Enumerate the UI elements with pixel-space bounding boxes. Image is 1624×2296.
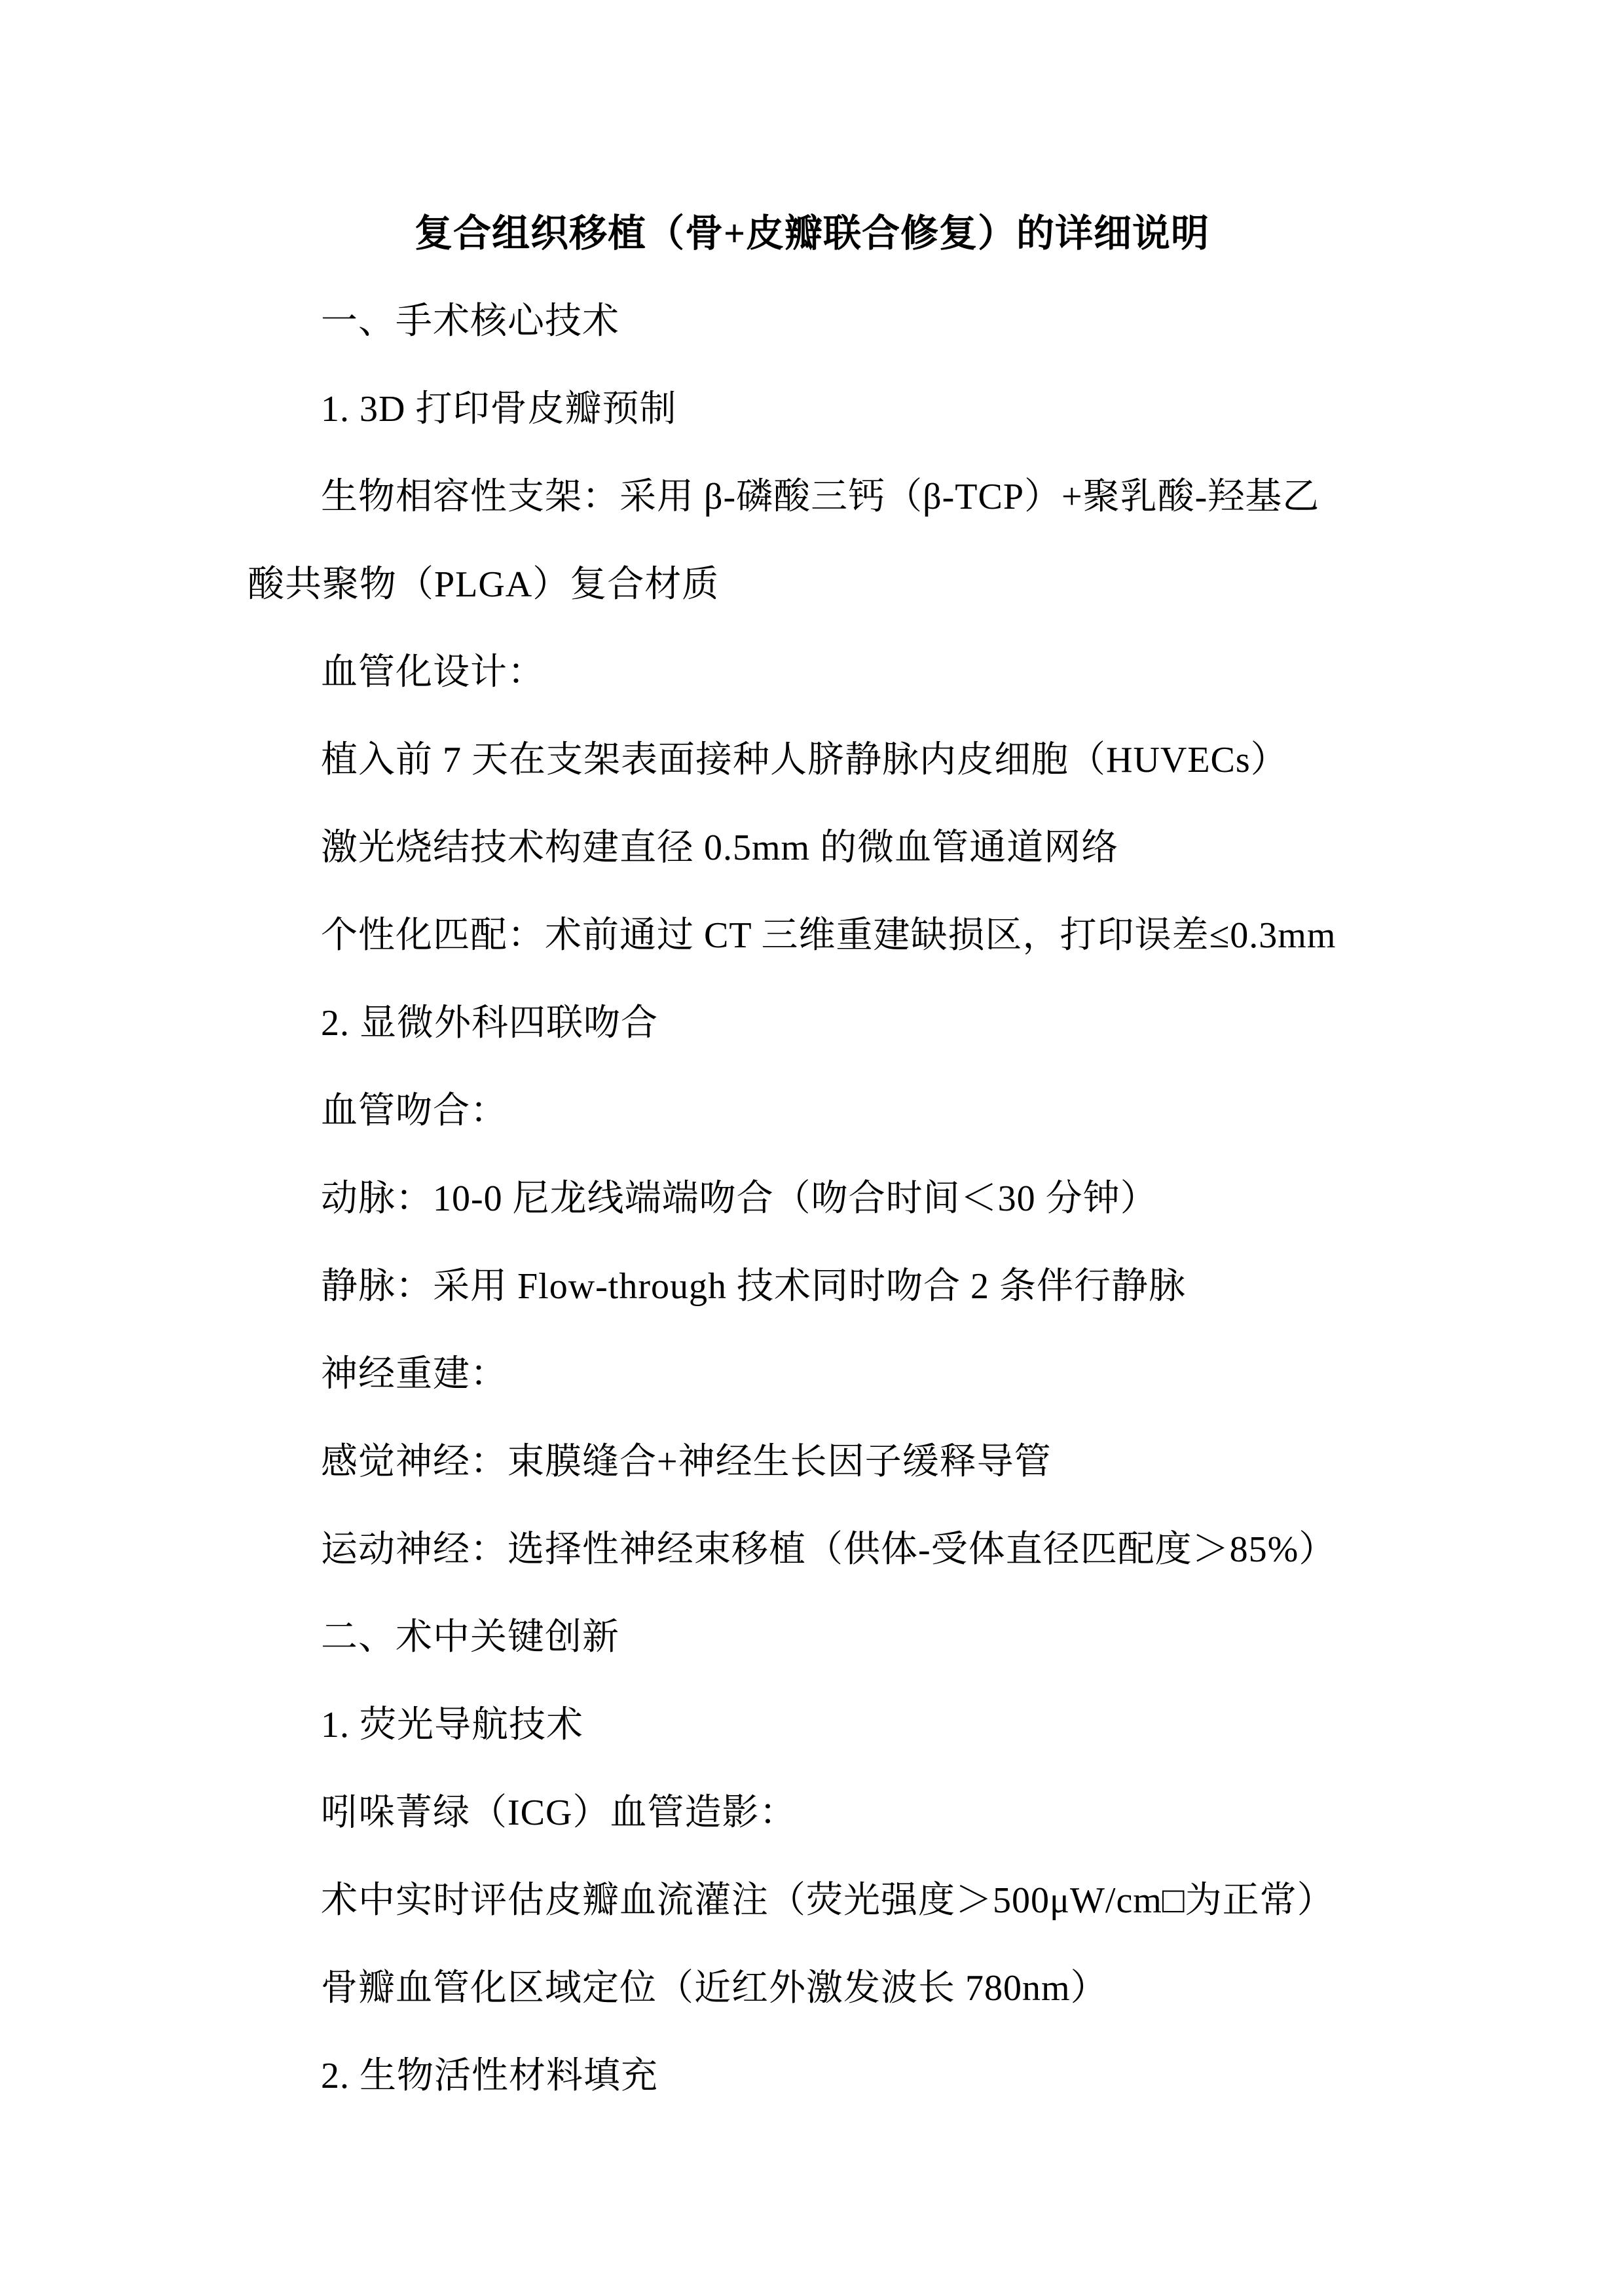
paragraph: 运动神经：选择性神经束移植（供体-受体直径匹配度＞85%） <box>248 1506 1376 1594</box>
paragraph: 植入前 7 天在支架表面接种人脐静脉内皮细胞（HUVECs） <box>248 716 1376 804</box>
paragraph: 1. 荧光导航技术 <box>248 1681 1376 1769</box>
paragraph: 1. 3D 打印骨皮瓣预制 <box>248 365 1376 453</box>
paragraph: 二、术中关键创新 <box>248 1594 1376 1681</box>
paragraph: 血管吻合： <box>248 1067 1376 1155</box>
paragraph: 个性化匹配：术前通过 CT 三维重建缺损区，打印误差≤0.3mm <box>248 892 1376 979</box>
paragraph: 2. 显微外科四联吻合 <box>248 979 1376 1067</box>
paragraph: 静脉：采用 Flow-through 技术同时吻合 2 条伴行静脉 <box>248 1243 1376 1330</box>
paragraph: 一、手术核心技术 <box>248 278 1376 365</box>
paragraph: 2. 生物活性材料填充 <box>248 2032 1376 2120</box>
paragraph: 动脉：10-0 尼龙线端端吻合（吻合时间＜30 分钟） <box>248 1155 1376 1243</box>
paragraph: 骨瓣血管化区域定位（近红外激发波长 780nm） <box>248 1944 1376 2032</box>
paragraph: 术中实时评估皮瓣血流灌注（荧光强度＞500μW/cm□为正常） <box>248 1857 1376 1944</box>
document-page: 复合组织移植（骨+皮瓣联合修复）的详细说明 一、手术核心技术 1. 3D 打印骨… <box>0 0 1624 2296</box>
paragraph: 血管化设计： <box>248 629 1376 716</box>
paragraph: 感觉神经：束膜缝合+神经生长因子缓释导管 <box>248 1418 1376 1506</box>
paragraph: 吲哚菁绿（ICG）血管造影： <box>248 1769 1376 1857</box>
paragraph: 激光烧结技术构建直径 0.5mm 的微血管通道网络 <box>248 804 1376 892</box>
paragraph: 神经重建： <box>248 1330 1376 1418</box>
paragraph: 生物相容性支架：采用 β-磷酸三钙（β-TCP）+聚乳酸-羟基乙 酸共聚物（PL… <box>248 453 1376 629</box>
document-title: 复合组织移植（骨+皮瓣联合修复）的详细说明 <box>248 190 1376 278</box>
